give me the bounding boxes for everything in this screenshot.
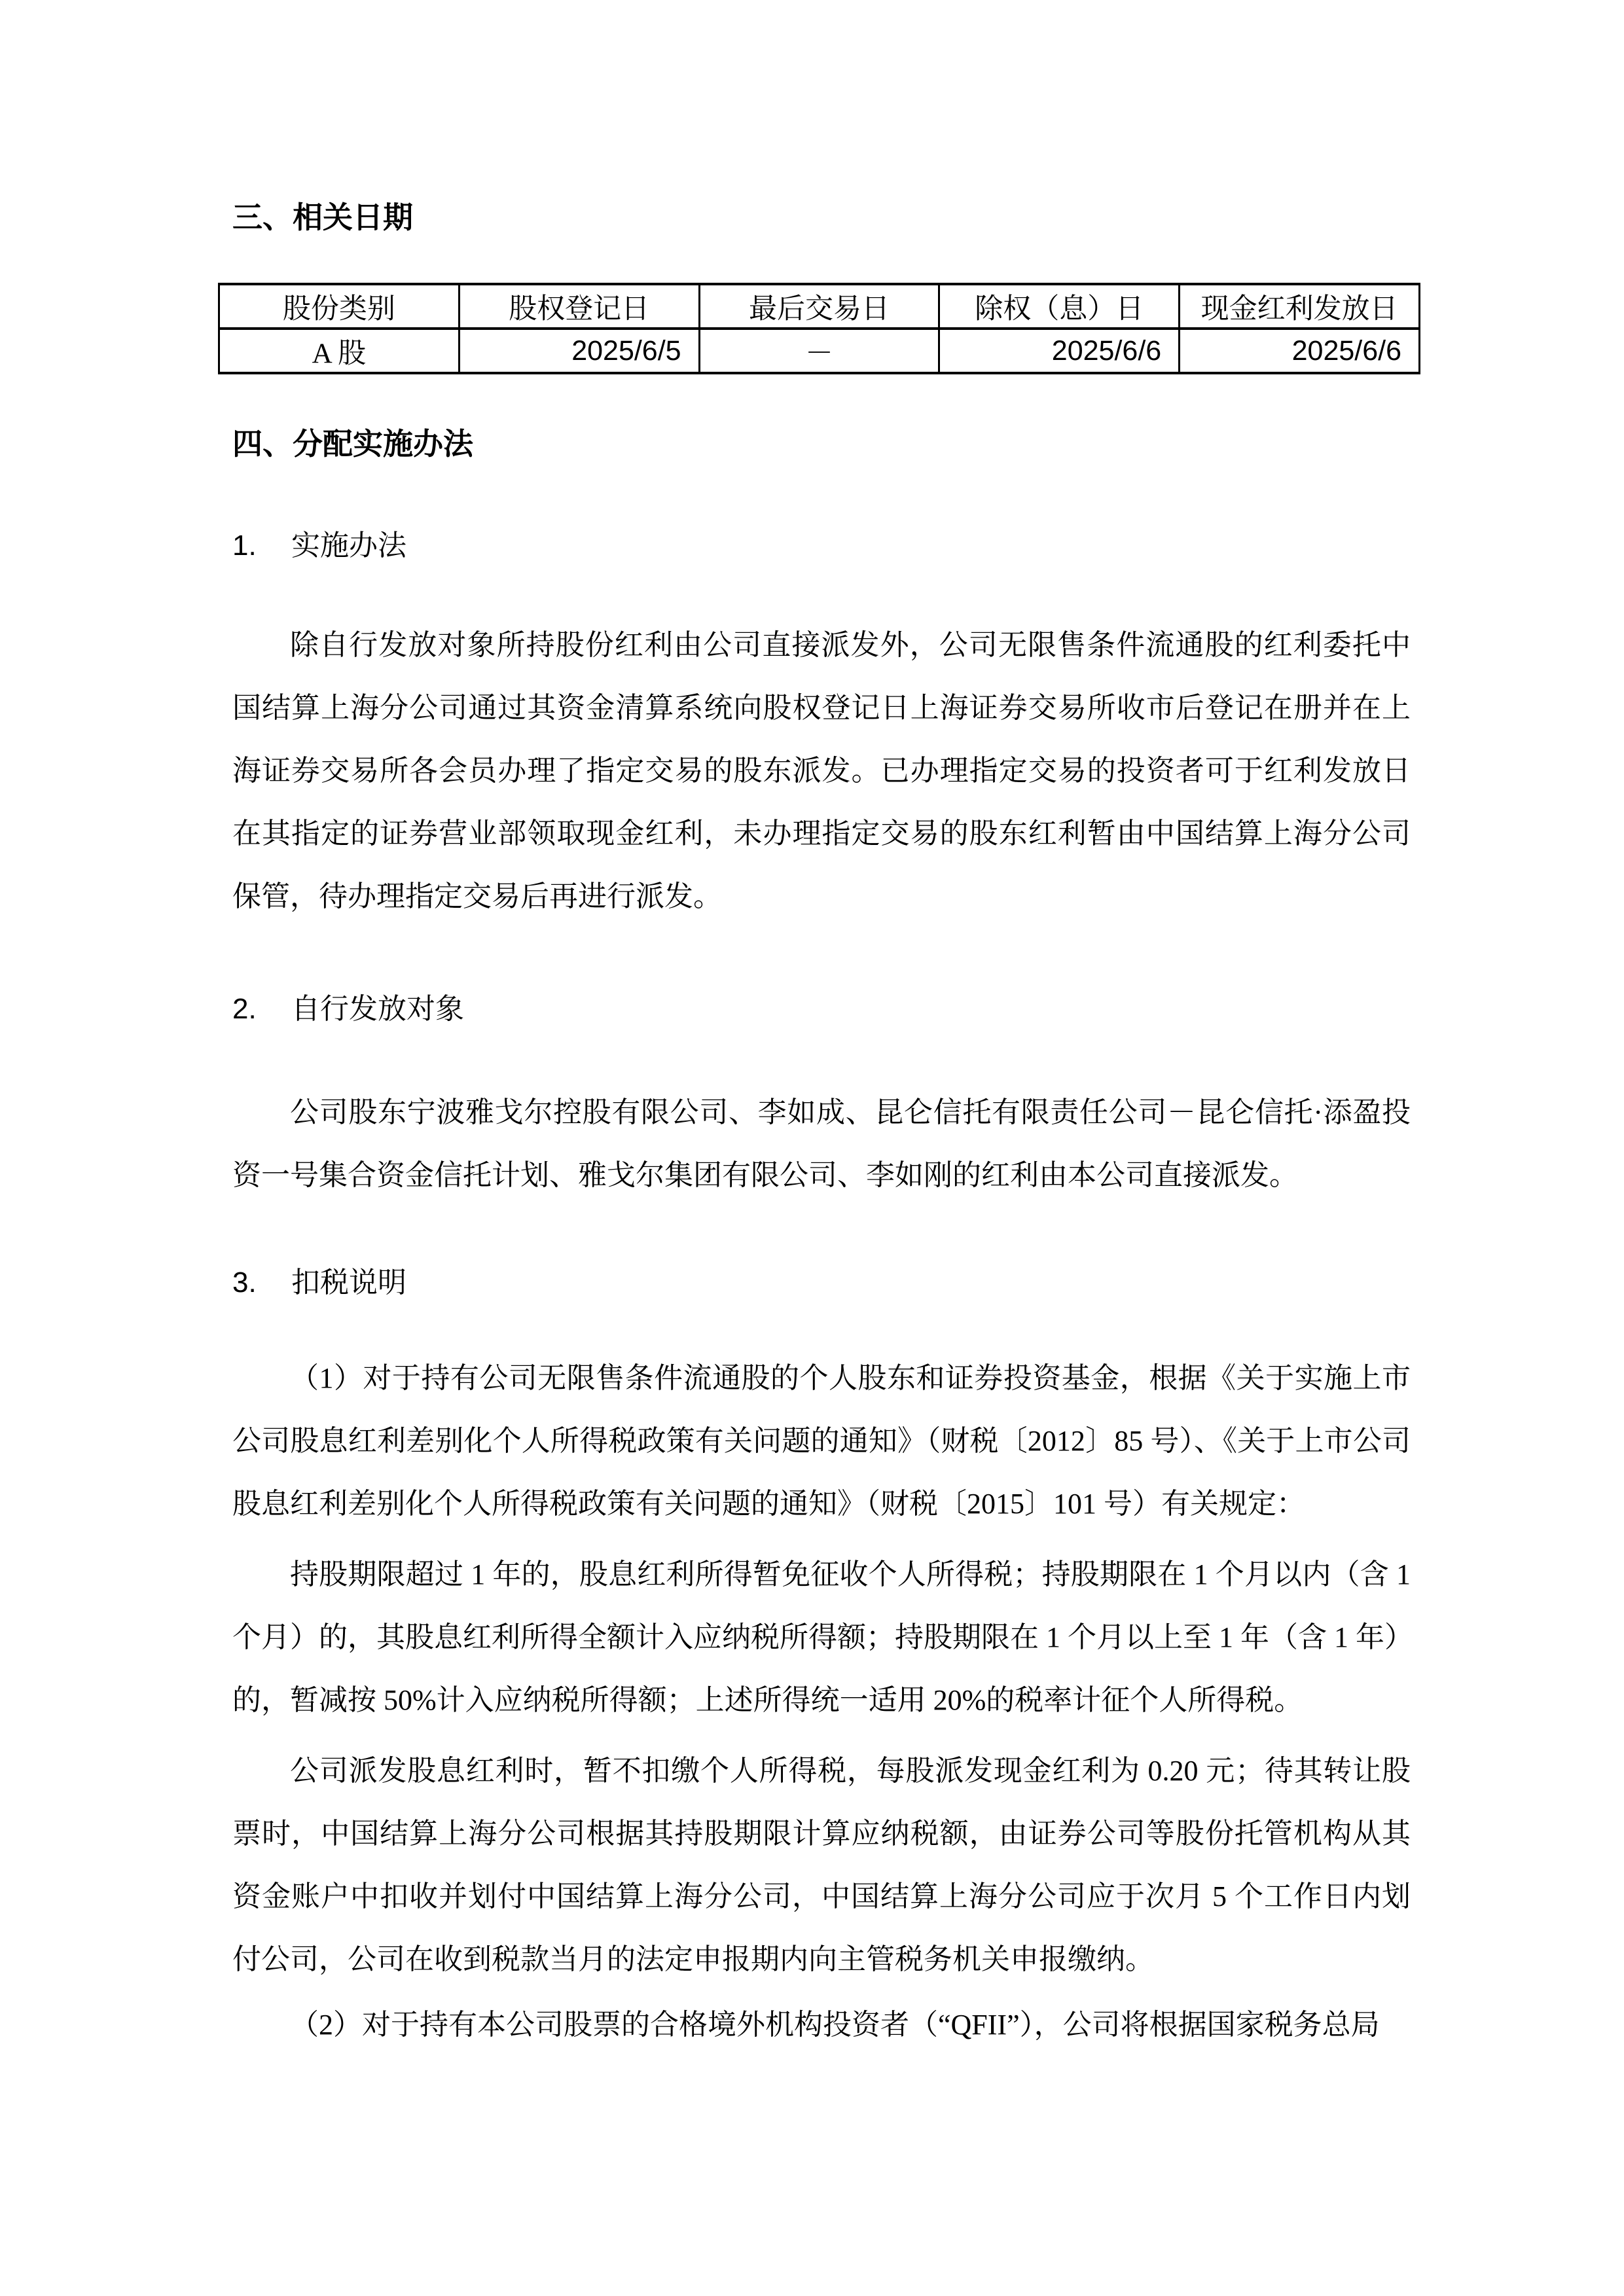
list-number: 3. [232,1265,291,1301]
text-line: 除自行发放对象所持股份红利由公司直接派发外，公司无限售条件流通股的红利委托中 [232,614,1411,677]
paragraph-implementation-method: 除自行发放对象所持股份红利由公司直接派发外，公司无限售条件流通股的红利委托中 国… [232,614,1411,928]
text-line: （1）对于持有公司无限售条件流通股的个人股东和证券投资基金，根据《关于实施上市 [232,1347,1411,1410]
text-line: （2）对于持有本公司股票的合格境外机构投资者（“QFII”），公司将根据国家税务… [232,1994,1411,2056]
paragraph-holding-period-rules: 持股期限超过 1 年的，股息红利所得暂免征收个人所得税；持股期限在 1 个月以内… [232,1543,1411,1732]
paragraph-dividend-payment-tax-process: 公司派发股息红利时，暂不扣缴个人所得税，每股派发现金红利为 0.20 元；待其转… [232,1740,1411,1991]
text-line: 资金账户中扣收并划付中国结算上海分公司，中国结算上海分公司应于次月 5 个工作日… [232,1865,1411,1928]
document-page: 三、相关日期 股份类别 股权登记日 最后交易日 除权（息）日 现金红利发放日 A… [0,0,1624,2296]
text-line: 的，暂减按 50%计入应纳税所得额；上述所得统一适用 20%的税率计征个人所得税… [232,1669,1411,1732]
section4-heading: 四、分配实施办法 [232,423,1420,465]
text-line: 资一号集合资金信托计划、雅戈尔集团有限公司、李如刚的红利由本公司直接派发。 [232,1144,1411,1207]
cell-ex-dividend-date: 2025/6/6 [939,329,1180,373]
text-line: 公司股东宁波雅戈尔控股有限公司、李如成、昆仑信托有限责任公司－昆仑信托·添盈投 [232,1081,1411,1144]
text-line: 保管，待办理指定交易后再进行派发。 [232,865,1411,928]
text-line: 股息红利差别化个人所得税政策有关问题的通知》（财税〔2015〕101 号）有关规… [232,1473,1411,1535]
cell-share-class: A 股 [219,329,460,373]
cell-cash-dividend-payment-date: 2025/6/6 [1180,329,1420,373]
text-line: 国结算上海分公司通过其资金清算系统向股权登记日上海证券交易所收市后登记在册并在上 [232,677,1411,740]
list-item-implementation-method: 1.实施办法 [232,528,1420,564]
cell-record-date: 2025/6/5 [459,329,699,373]
text-line: 票时，中国结算上海分公司根据其持股期限计算应纳税额，由证券公司等股份托管机构从其 [232,1803,1411,1865]
header-ex-dividend-date: 除权（息）日 [939,284,1180,329]
dates-table: 股份类别 股权登记日 最后交易日 除权（息）日 现金红利发放日 A 股 2025… [218,283,1420,374]
header-cash-dividend-payment-date: 现金红利发放日 [1180,284,1420,329]
list-number: 2. [232,991,291,1028]
list-title: 扣税说明 [291,1266,406,1299]
section3-heading: 三、相关日期 [232,196,1420,238]
table-row-a-share: A 股 2025/6/5 － 2025/6/6 2025/6/6 [219,329,1420,373]
header-share-class: 股份类别 [219,284,460,329]
dates-table-header-row: 股份类别 股权登记日 最后交易日 除权（息）日 现金红利发放日 [219,284,1420,329]
header-last-trading-date: 最后交易日 [699,284,939,329]
text-line: 付公司，公司在收到税款当月的法定申报期内向主管税务机关申报缴纳。 [232,1928,1411,1991]
list-item-self-distribution-targets: 2.自行发放对象 [232,991,1420,1028]
cell-last-trading-date: － [699,329,939,373]
text-line: 公司派发股息红利时，暂不扣缴个人所得税，每股派发现金红利为 0.20 元；待其转… [232,1740,1411,1803]
text-line: 海证券交易所各会员办理了指定交易的股东派发。已办理指定交易的投资者可于红利发放日 [232,740,1411,802]
list-number: 1. [232,528,291,564]
text-line: 个月）的，其股息红利所得全额计入应纳税所得额；持股期限在 1 个月以上至 1 年… [232,1606,1411,1669]
list-title: 实施办法 [291,529,406,562]
text-line: 在其指定的证券营业部领取现金红利，未办理指定交易的股东红利暂由中国结算上海分公司 [232,802,1411,865]
text-line: 持股期限超过 1 年的，股息红利所得暂免征收个人所得税；持股期限在 1 个月以内… [232,1543,1411,1606]
paragraph-qfii-tax-rule: （2）对于持有本公司股票的合格境外机构投资者（“QFII”），公司将根据国家税务… [232,1994,1411,2056]
paragraph-self-distribution-targets: 公司股东宁波雅戈尔控股有限公司、李如成、昆仑信托有限责任公司－昆仑信托·添盈投 … [232,1081,1411,1207]
paragraph-tax-rule-1: （1）对于持有公司无限售条件流通股的个人股东和证券投资基金，根据《关于实施上市 … [232,1347,1411,1535]
list-title: 自行发放对象 [291,993,464,1025]
list-item-tax-withholding-notes: 3.扣税说明 [232,1265,1420,1301]
header-record-date: 股权登记日 [459,284,699,329]
text-line: 公司股息红利差别化个人所得税政策有关问题的通知》（财税〔2012〕85 号）、《… [232,1410,1411,1473]
